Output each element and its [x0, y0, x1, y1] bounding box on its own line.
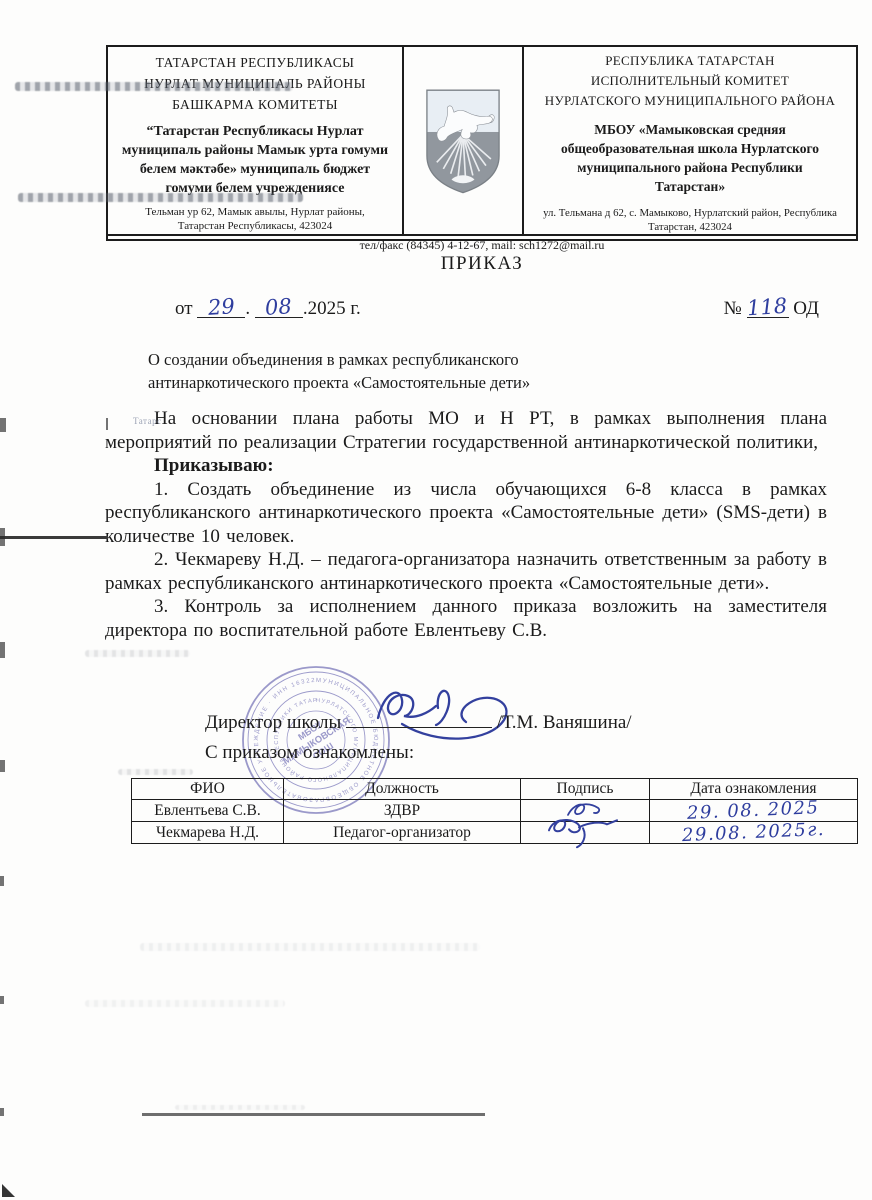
- letterhead-emblem-cell: [404, 47, 524, 234]
- order-body: На основании плана работы МО и Н РТ, в р…: [105, 407, 827, 642]
- scan-smudge: [118, 769, 193, 775]
- body-paragraph-item-1: 1. Создать объединение из числа обучающи…: [105, 478, 827, 549]
- col-header-position: Должность: [284, 779, 521, 800]
- order-title: ПРИКАЗ: [106, 253, 858, 275]
- scan-edge-mark: [0, 528, 5, 546]
- body-paragraph: На основании плана работы МО и Н РТ, в р…: [105, 407, 827, 454]
- table-header-row: ФИО Должность Подпись Дата ознакомления: [132, 779, 858, 800]
- order-number: № 118 ОД: [724, 295, 827, 320]
- handwritten-day: 29: [207, 294, 235, 320]
- org-name-line: Татарстан»: [532, 177, 848, 196]
- scan-edge-mark: [0, 418, 6, 432]
- scan-edge-mark: [0, 1108, 4, 1116]
- address-line: Татарстан, 423024: [532, 220, 848, 234]
- acknowledgement-table: ФИО Должность Подпись Дата ознакомления …: [131, 778, 858, 844]
- handwritten-date: 29.08. 2025г.: [682, 819, 826, 846]
- org-name-tatar: “Татарстан Республикасы Нурлат муниципал…: [114, 122, 396, 198]
- scan-mark: [142, 1113, 485, 1116]
- cell-signature: [521, 822, 650, 844]
- scan-edge-mark: [0, 876, 4, 886]
- org-caps-line: НУРЛАТСКОГО МУНИЦИПАЛЬНОГО РАЙОНА: [532, 91, 848, 111]
- handwritten-number: 118: [747, 294, 789, 321]
- org-caps-line: НУРЛАТ МУНИЦИПАЛЬ РАЙОНЫ: [114, 73, 396, 94]
- col-header-date: Дата ознакомления: [650, 779, 858, 800]
- order-date: от 29. 08.2025 г.: [105, 295, 361, 320]
- subject-line: О создании объединения в рамках республи…: [148, 349, 530, 372]
- cell-date: 29.08. 2025г.: [650, 822, 858, 844]
- scan-edge-mark: [0, 996, 4, 1004]
- date-day-blank: 29: [197, 295, 245, 318]
- org-caps-line: БАШКАРМА КОМИТЕТЫ: [114, 94, 396, 115]
- org-address-tatar: Тельман ур 62, Мамык авылы, Нурлат район…: [114, 205, 396, 233]
- scan-edge-mark: [0, 642, 5, 658]
- cell-date: 29. 08. 2025: [650, 800, 858, 822]
- number-blank: 118: [747, 295, 789, 318]
- acknowledge-heading: С приказом ознакомлены:: [205, 742, 414, 764]
- col-header-fio: ФИО: [132, 779, 284, 800]
- org-name-russian: МБОУ «Мамыковская средняя общеобразовате…: [532, 120, 848, 196]
- address-line: ул. Тельмана д 62, с. Мамыково, Нурлатск…: [532, 206, 848, 220]
- director-name: /Т.М. Ваняшина/: [497, 712, 632, 733]
- cell-fio: Чекмарева Н.Д.: [132, 822, 284, 844]
- table-row: Евлентьева С.В. ЗДВР 29. 08. 2025: [132, 800, 858, 822]
- body-paragraph-item-2: 2. Чекмареву Н.Д. – педагога-организатор…: [105, 548, 827, 595]
- number-label: №: [724, 298, 742, 319]
- address-line: Тельман ур 62, Мамык авылы, Нурлат район…: [114, 205, 396, 219]
- org-name-line: муниципаль районы Мамык урта гомуми: [114, 141, 396, 160]
- cell-fio: Евлентьева С.В.: [132, 800, 284, 822]
- date-year: .2025 г.: [303, 298, 361, 319]
- col-header-signature: Подпись: [521, 779, 650, 800]
- letterhead: ТАТАРСТАН РЕСПУБЛИКАСЫ НУРЛАТ МУНИЦИПАЛЬ…: [106, 45, 858, 241]
- scanned-document-page: ТАТАРСТАН РЕСПУБЛИКАСЫ НУРЛАТ МУНИЦИПАЛЬ…: [0, 0, 872, 1200]
- org-name-line: общеобразовательная школа Нурлатского: [532, 139, 848, 158]
- org-address-russian: ул. Тельмана д 62, с. Мамыково, Нурлатск…: [532, 206, 848, 234]
- scan-corner-mark: [2, 1184, 15, 1197]
- handwritten-month: 08: [265, 294, 293, 320]
- scan-smudge: [140, 943, 480, 951]
- org-name-line: МБОУ «Мамыковская средняя: [532, 120, 848, 139]
- org-name-line: “Татарстан Республикасы Нурлат: [114, 122, 396, 141]
- body-paragraph-prikazyvayu: Приказываю:: [105, 454, 827, 478]
- letterhead-right-block: РЕСПУБЛИКА ТАТАРСТАН ИСПОЛНИТЕЛЬНЫЙ КОМИ…: [524, 47, 856, 234]
- org-caps-line: ИСПОЛНИТЕЛЬНЫЙ КОМИТЕТ: [532, 71, 848, 91]
- scan-edge-mark: [0, 760, 5, 772]
- signature-blank: [346, 707, 492, 728]
- cell-position: ЗДВР: [284, 800, 521, 822]
- coat-of-arms-horse-icon: [422, 86, 504, 196]
- date-month-blank: 08: [255, 295, 303, 318]
- org-caps-line: ТАТАРСТАН РЕСПУБЛИКАСЫ: [114, 52, 396, 73]
- body-paragraph-item-3: 3. Контроль за исполнением данного прика…: [105, 595, 827, 642]
- org-name-line: гомуми белем учреждениясе: [114, 179, 396, 198]
- number-suffix: ОД: [793, 298, 819, 319]
- scan-smudge: [85, 650, 190, 657]
- director-signature-line: Директор школы /Т.М. Ваняшина/: [205, 707, 632, 734]
- date-number-row: от 29. 08.2025 г. № 118 ОД: [105, 295, 827, 320]
- org-name-line: белем мәктәбе» муниципаль бюджет: [114, 160, 396, 179]
- telfax-line: тел/факс (84345) 4-12-67, mail: sch1272@…: [108, 234, 856, 254]
- director-label: Директор школы: [205, 712, 341, 733]
- subject-line: антинаркотического проекта «Самостоятель…: [148, 372, 530, 395]
- letterhead-left-block: ТАТАРСТАН РЕСПУБЛИКАСЫ НУРЛАТ МУНИЦИПАЛЬ…: [108, 47, 404, 234]
- scan-smudge: [175, 1105, 305, 1110]
- date-prefix: от: [175, 298, 193, 319]
- order-subject: О создании объединения в рамках республи…: [148, 349, 530, 394]
- org-caps-line: РЕСПУБЛИКА ТАТАРСТАН: [532, 51, 848, 71]
- cell-signature: [521, 800, 650, 822]
- signature-ink: [562, 798, 608, 820]
- scan-mark: [0, 536, 108, 539]
- org-name-line: муниципального района Республики: [532, 158, 848, 177]
- table-row: Чекмарева Н.Д. Педагог-организатор 29.08…: [132, 822, 858, 844]
- scan-smudge: [85, 1000, 285, 1007]
- address-line: Татарстан Республикасы, 423024: [114, 219, 396, 233]
- cell-position: Педагог-организатор: [284, 822, 521, 844]
- date-separator: .: [245, 298, 250, 319]
